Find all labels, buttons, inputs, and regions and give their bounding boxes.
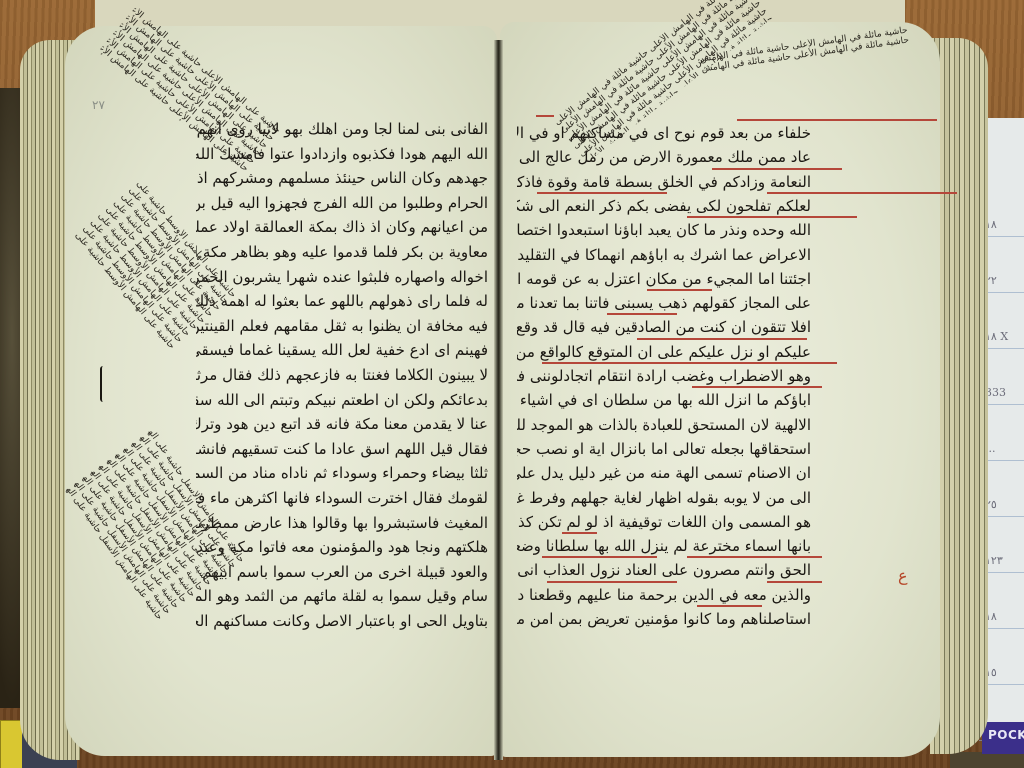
- manuscript-line: الى من لا يوبه بقوله اظهار لغاية جهلهم و…: [517, 487, 811, 509]
- manuscript-line: والعود قبيلة اخرى من العرب سموا باسم ابي…: [196, 561, 488, 583]
- manuscript-line: وهو الاضطراب وغضب ارادة انتقام اتجادلونن…: [517, 365, 811, 387]
- red-rubric-overline: [607, 313, 677, 315]
- pocket-label-text: POCKE: [988, 728, 1024, 742]
- pencil-page-number: ٢٧: [92, 98, 105, 112]
- pocket-label: POCKE: [982, 722, 1024, 754]
- manuscript-line: معاوية بن بكر فلما قدموا عليه وهو بظاهر …: [196, 241, 488, 263]
- margin-side-mark: [100, 366, 106, 402]
- manuscript-line: ان الاصنام تسمى الهة منه من غير دليل يدل…: [517, 462, 811, 484]
- red-rubric-overline: [542, 556, 657, 558]
- manuscript-line: والذين معه في الدين برحمة منا عليهم وقطع…: [517, 584, 811, 606]
- manuscript-line: عنا لا يقدمن معنا مكة فانه قد اتبع دين ه…: [196, 413, 488, 435]
- note-paper-text: 333: [985, 386, 1006, 399]
- red-rubric-overline: [647, 289, 712, 291]
- book-gutter: [494, 40, 503, 760]
- red-rubric-overline: [637, 338, 807, 340]
- manuscript-line: على المجاز كقولهم ذهب يسبنى فاتنا بما تع…: [517, 292, 811, 314]
- red-rubric-overline: [536, 115, 554, 117]
- manuscript-line: الالهية لان المستحق للعبادة بالذات هو ال…: [517, 414, 811, 436]
- manuscript-line: فيه مخافة ان يظنوا به ثقل مقامهم فعلم ال…: [196, 315, 488, 337]
- red-rubric-overline: [537, 192, 667, 194]
- red-rubric-overline: [692, 386, 822, 388]
- red-rubric-overline: [737, 119, 937, 121]
- pocket-book-strip: [950, 752, 1024, 768]
- manuscript-line: المغيث فاستبشروا بها وقالوا هذا عارض ممط…: [196, 512, 488, 534]
- manuscript-line: هو المسمى وان اللغات توقيفية اذ لو لم تك…: [517, 511, 811, 533]
- red-rubric-overline: [547, 581, 677, 583]
- folio-mark: ع: [898, 566, 908, 585]
- manuscript-line: الحق وانتم مصرون على العناد نزول العذاب …: [517, 559, 811, 581]
- note-paper-text: ١٨ X: [985, 330, 1008, 343]
- manuscript-line: افلا تتقون ان كنت من الصادقين فيه قال قد…: [517, 316, 811, 338]
- manuscript-line: اباؤكم ما انزل الله بها من سلطان اى في ا…: [517, 389, 811, 411]
- manuscript-line: من اعيانهم وكان اذ ذاك بمكة العمالقة اول…: [196, 216, 488, 238]
- manuscript-line: له فلما راى ذهولهم باللهو عما بعثوا له ا…: [196, 290, 488, 312]
- manuscript-line: فهينم اى ادع خفية لعل الله يسقينا غماما …: [196, 339, 488, 361]
- red-rubric-overline: [767, 192, 957, 194]
- manuscript-line: بانها اسماء مخترعة لم ينزل الله بها سلطا…: [517, 535, 811, 557]
- manuscript-line: استاصلناهم وما كانوا مؤمنين تعريض بمن ام…: [517, 608, 811, 630]
- manuscript-line: اجئتنا اما المجيء من مكان اعتزل به عن قو…: [517, 268, 811, 290]
- manuscript-line: لعلكم تفلحون لكى يفضى بكم ذكر النعم الى …: [517, 195, 811, 217]
- manuscript-line: الله وحده ونذر ما كان يعبد اباؤنا استبعد…: [517, 219, 811, 241]
- manuscript-line: اخواله واصهاره فلبثوا عنده شهرا يشربون ا…: [196, 266, 488, 288]
- manuscript-line: ثلثا بيضاء وحمراء وسوداء ثم ناداه مناد م…: [196, 462, 488, 484]
- manuscript-line: بدعائكم ولكن ان اطعتم نبيكم وتبتم الى ال…: [196, 389, 488, 411]
- red-rubric-overline: [712, 168, 842, 170]
- manuscript-line: عليكم او نزل عليكم على ان المتوقع كالواق…: [517, 341, 811, 363]
- red-rubric-overline: [767, 581, 822, 583]
- red-rubric-overline: [562, 532, 597, 534]
- manuscript-line: فقال قيل اللهم اسق عادا ما كنت تسقيهم فا…: [196, 438, 488, 460]
- red-rubric-overline: [542, 362, 837, 364]
- manuscript-line: استحقاقها بجعله تعالى اما بانزال اية او …: [517, 438, 811, 460]
- red-rubric-overline: [697, 605, 762, 607]
- manuscript-line: بتاويل الحى او باعتبار الاصل وكانت مساكن…: [196, 610, 488, 632]
- manuscript-line: الحرام وطلبوا من الله الفرج فجهزوا اليه …: [196, 192, 488, 214]
- manuscript-line: لقومك فقال اخترت السوداء فانها اكثرهن ما…: [196, 487, 488, 509]
- red-rubric-overline: [687, 216, 857, 218]
- manuscript-line: سام وقيل سموا به لقلة مائهم من الثمد وهو…: [196, 585, 488, 607]
- red-rubric-overline: [687, 556, 822, 558]
- manuscript-line: الاعراض عما اشرك به اباؤهم انهماكا في ال…: [517, 244, 811, 266]
- manuscript-line: لا يبينون الكلاما فغنتا به فازعجهم ذلك ف…: [196, 364, 488, 386]
